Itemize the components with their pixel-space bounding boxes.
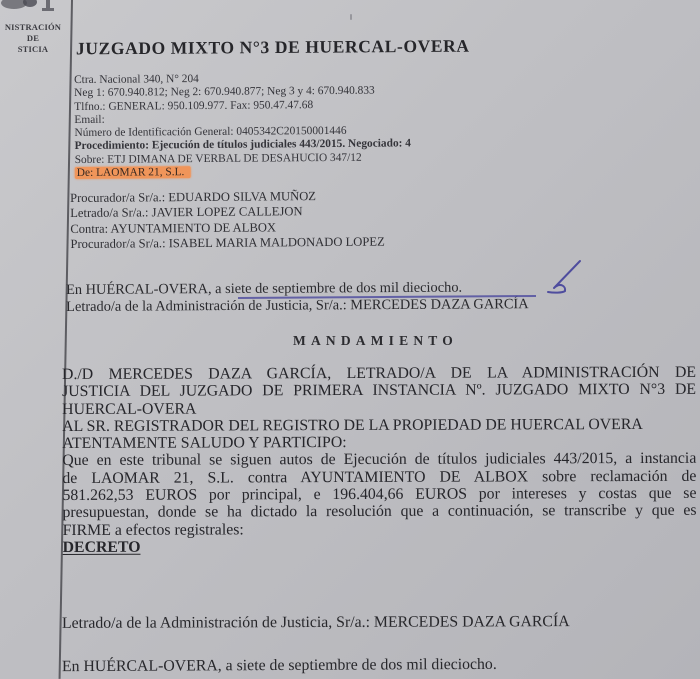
margin-rule bbox=[59, 0, 73, 679]
registrador-line: AL SR. REGISTRADOR DEL REGISTRO DE LA PR… bbox=[62, 416, 696, 436]
body-line: D./D MERCEDES DAZA GARCÍA, LETRADO/A DE … bbox=[62, 364, 696, 384]
dateline-date: siete de septiembre de dos mil dieciocho… bbox=[225, 280, 462, 297]
court-title: JUZGADO MIXTO N°3 DE HUERCAL-OVERA bbox=[76, 36, 470, 60]
admin-line: STICIA bbox=[0, 44, 72, 55]
scanned-document-page: NISTRACIÓN DE STICIA JUZGADO MIXTO N°3 D… bbox=[0, 0, 700, 679]
footer-letrado: Letrado/a de la Administración de Justic… bbox=[62, 613, 570, 633]
para-line: 581.262,53 EUROS por principal, e 196.40… bbox=[62, 485, 696, 505]
body-line: JUSTICIA DEL JUZGADO DE PRIMERA INSTANCI… bbox=[62, 381, 696, 401]
parties-block: Procurador/a Sr/a.: EDUARDO SILVA MUÑOZ … bbox=[70, 187, 630, 253]
dateline-prefix: En HUÉRCAL-OVERA, a bbox=[66, 281, 225, 298]
admin-line: NISTRACIÓN bbox=[0, 22, 72, 33]
para-line: Que en este tribunal se siguen autos de … bbox=[62, 450, 696, 470]
para-line: FIRME a efectos registrales: bbox=[63, 519, 697, 539]
party-line: Procurador/a Sr/a.: ISABEL MARIA MALDONA… bbox=[70, 233, 630, 253]
body-line: HUERCAL-OVERA bbox=[62, 398, 696, 418]
decreto-heading: DECRETO bbox=[63, 539, 141, 556]
dateline-letrado: Letrado/a de la Administración de Justic… bbox=[66, 295, 666, 316]
paper-speck bbox=[350, 14, 352, 20]
para-line: de LAOMAR 21, S.L. contra AYUNTAMIENTO D… bbox=[62, 468, 696, 488]
coat-of-arms-icon bbox=[0, 0, 60, 14]
admin-line: DE bbox=[0, 33, 72, 44]
handwritten-checkmark-icon bbox=[540, 258, 586, 298]
mandamiento-body: D./D MERCEDES DAZA GARCÍA, LETRADO/A DE … bbox=[62, 364, 697, 556]
plaintiff-highlighted: De: LAOMAR 21, S.L. bbox=[75, 166, 191, 179]
saludo-line: ATENTAMENTE SALUDO Y PARTICIPO: bbox=[62, 433, 696, 453]
administracion-justicia-label: NISTRACIÓN DE STICIA bbox=[0, 22, 72, 55]
mandamiento-title: MANDAMIENTO bbox=[293, 333, 458, 349]
court-header-block: Ctra. Nacional 340, N° 204 Neg 1: 670.94… bbox=[74, 70, 635, 181]
para-line: presupuestan, donde se ha dictado la res… bbox=[62, 502, 696, 522]
footer-date: En HUÉRCAL-OVERA, a siete de septiembre … bbox=[62, 656, 497, 676]
